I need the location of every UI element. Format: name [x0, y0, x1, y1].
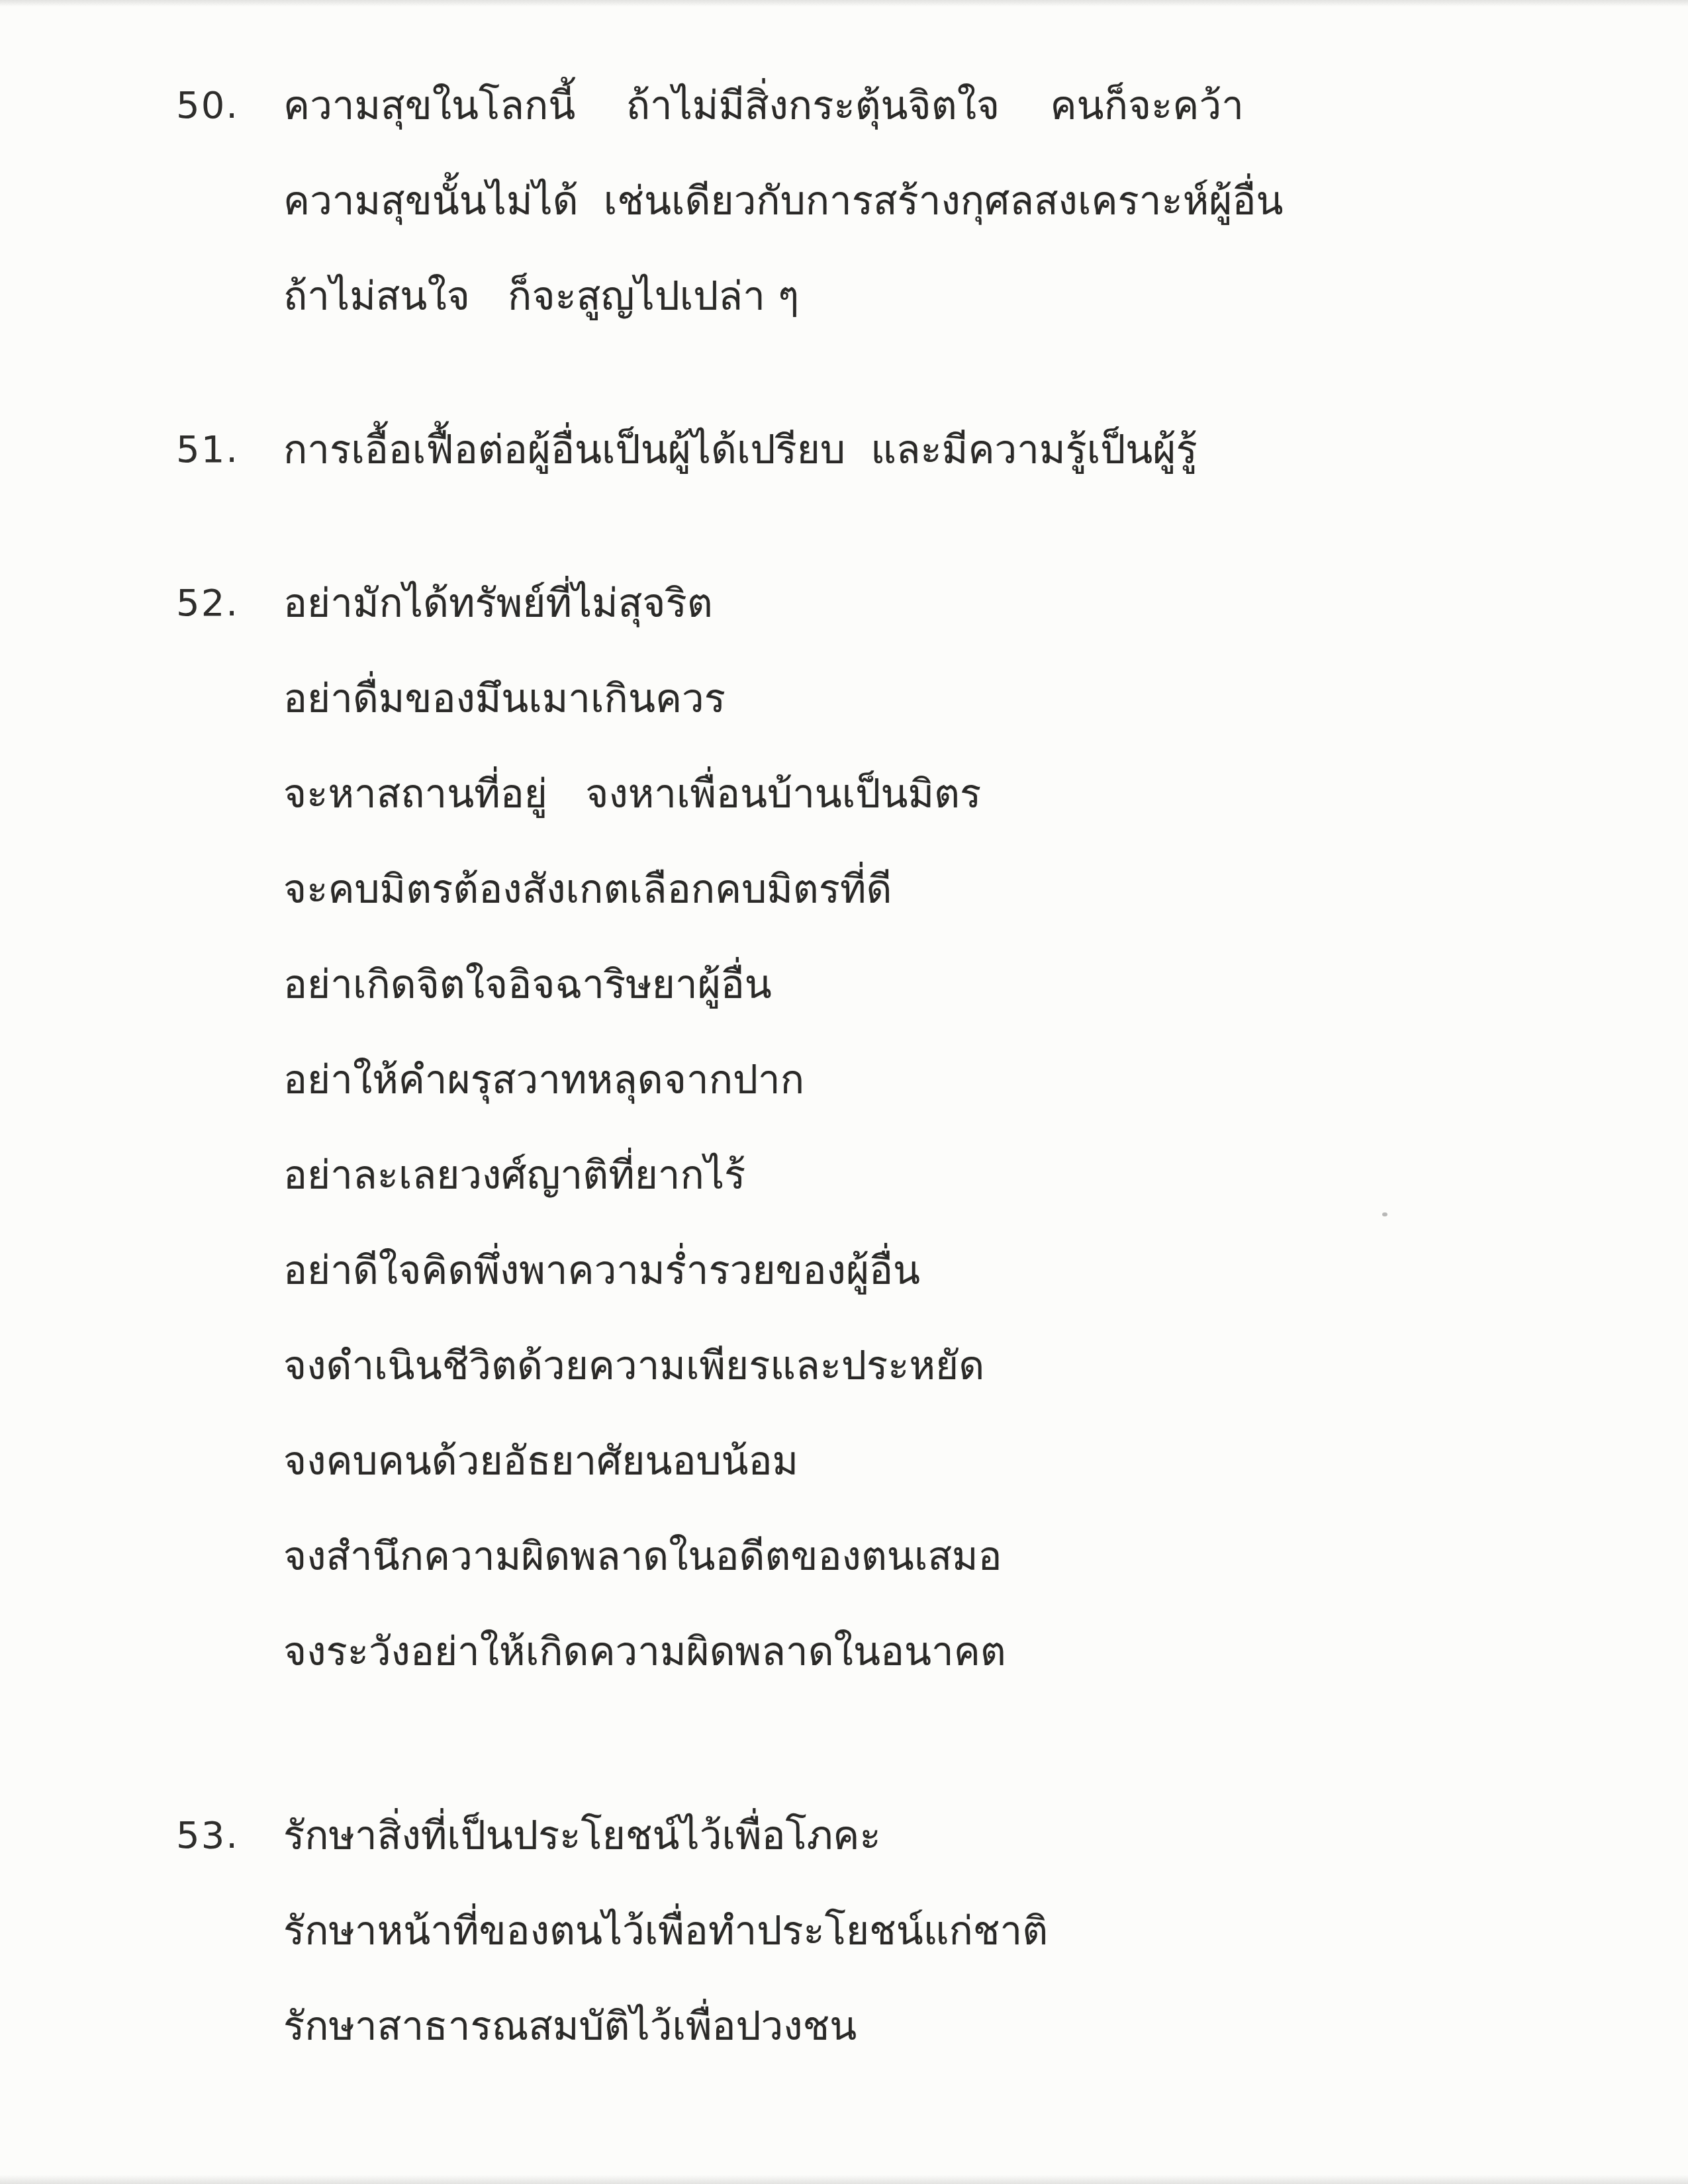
item-number: 52. [176, 556, 283, 651]
scan-edge-bottom [0, 2175, 1688, 2184]
list-item-53: 53. รักษาสิ่งที่เป็นประโยชน์ไว้เพื่อโภคะ… [0, 1788, 1648, 2074]
item-number: 50. [176, 58, 283, 154]
text-line: จงดำเนินชีวิตด้วยความเพียรและประหยัด [283, 1318, 1648, 1414]
text-line: ถ้าไม่สนใจ ก็จะสูญไปเปล่า ๆ [283, 249, 1648, 344]
list-item-50: 50. ความสุขในโลกนี้ ถ้าไม่มีสิ่งกระตุ้นจ… [0, 58, 1648, 344]
text-line: จงสำนึกความผิดพลาดในอดีตของตนเสมอ [283, 1509, 1648, 1604]
scanned-document-page: 50. ความสุขในโลกนี้ ถ้าไม่มีสิ่งกระตุ้นจ… [0, 0, 1688, 2184]
text-line: การเอื้อเฟื้อต่อผู้อื่นเป็นผู้ได้เปรียบ … [283, 402, 1648, 498]
text-line: รักษาหน้าที่ของตนไว้เพื่อทำประโยชน์แก่ชา… [283, 1884, 1648, 1979]
document-content: 50. ความสุขในโลกนี้ ถ้าไม่มีสิ่งกระตุ้นจ… [0, 58, 1648, 2132]
list-item-51: 51. การเอื้อเฟื้อต่อผู้อื่นเป็นผู้ได้เปร… [0, 402, 1648, 498]
text-line: ความสุขนั้นไม่ได้ เช่นเดียวกับการสร้างกุ… [283, 154, 1648, 249]
text-line: รักษาสิ่งที่เป็นประโยชน์ไว้เพื่อโภคะ [283, 1788, 1648, 1884]
text-line: อย่าเกิดจิตใจอิจฉาริษยาผู้อื่น [283, 937, 1648, 1032]
text-line: จงคบคนด้วยอัธยาศัยนอบน้อม [283, 1414, 1648, 1509]
scan-speck [1382, 1212, 1387, 1216]
text-line: จะหาสถานที่อยู่ จงหาเพื่อนบ้านเป็นมิตร [283, 747, 1648, 842]
text-line: ความสุขในโลกนี้ ถ้าไม่มีสิ่งกระตุ้นจิตใจ… [283, 58, 1648, 154]
item-number: 53. [176, 1788, 283, 1884]
text-line: จะคบมิตรต้องสังเกตเลือกคบมิตรที่ดี [283, 842, 1648, 937]
item-lines: รักษาสิ่งที่เป็นประโยชน์ไว้เพื่อโภคะ รัก… [283, 1788, 1648, 2074]
text-line: อย่าละเลยวงศ์ญาติที่ยากไร้ [283, 1128, 1648, 1223]
text-line: อย่าดีใจคิดพึ่งพาความร่ำรวยของผู้อื่น [283, 1223, 1648, 1318]
text-line: รักษาสาธารณสมบัติไว้เพื่อปวงชน [283, 1979, 1648, 2074]
text-line: อย่ามักได้ทรัพย์ที่ไม่สุจริต [283, 556, 1648, 651]
list-item-52: 52. อย่ามักได้ทรัพย์ที่ไม่สุจริต อย่าดื่… [0, 556, 1648, 1700]
item-lines: การเอื้อเฟื้อต่อผู้อื่นเป็นผู้ได้เปรียบ … [283, 402, 1648, 498]
item-lines: อย่ามักได้ทรัพย์ที่ไม่สุจริต อย่าดื่มของ… [283, 556, 1648, 1700]
text-line: อย่าให้คำผรุสวาทหลุดจากปาก [283, 1032, 1648, 1128]
scan-edge-top [0, 0, 1688, 7]
text-line: จงระวังอย่าให้เกิดความผิดพลาดในอนาคต [283, 1604, 1648, 1700]
text-line: อย่าดื่มของมึนเมาเกินควร [283, 651, 1648, 747]
item-number: 51. [176, 402, 283, 498]
item-lines: ความสุขในโลกนี้ ถ้าไม่มีสิ่งกระตุ้นจิตใจ… [283, 58, 1648, 344]
